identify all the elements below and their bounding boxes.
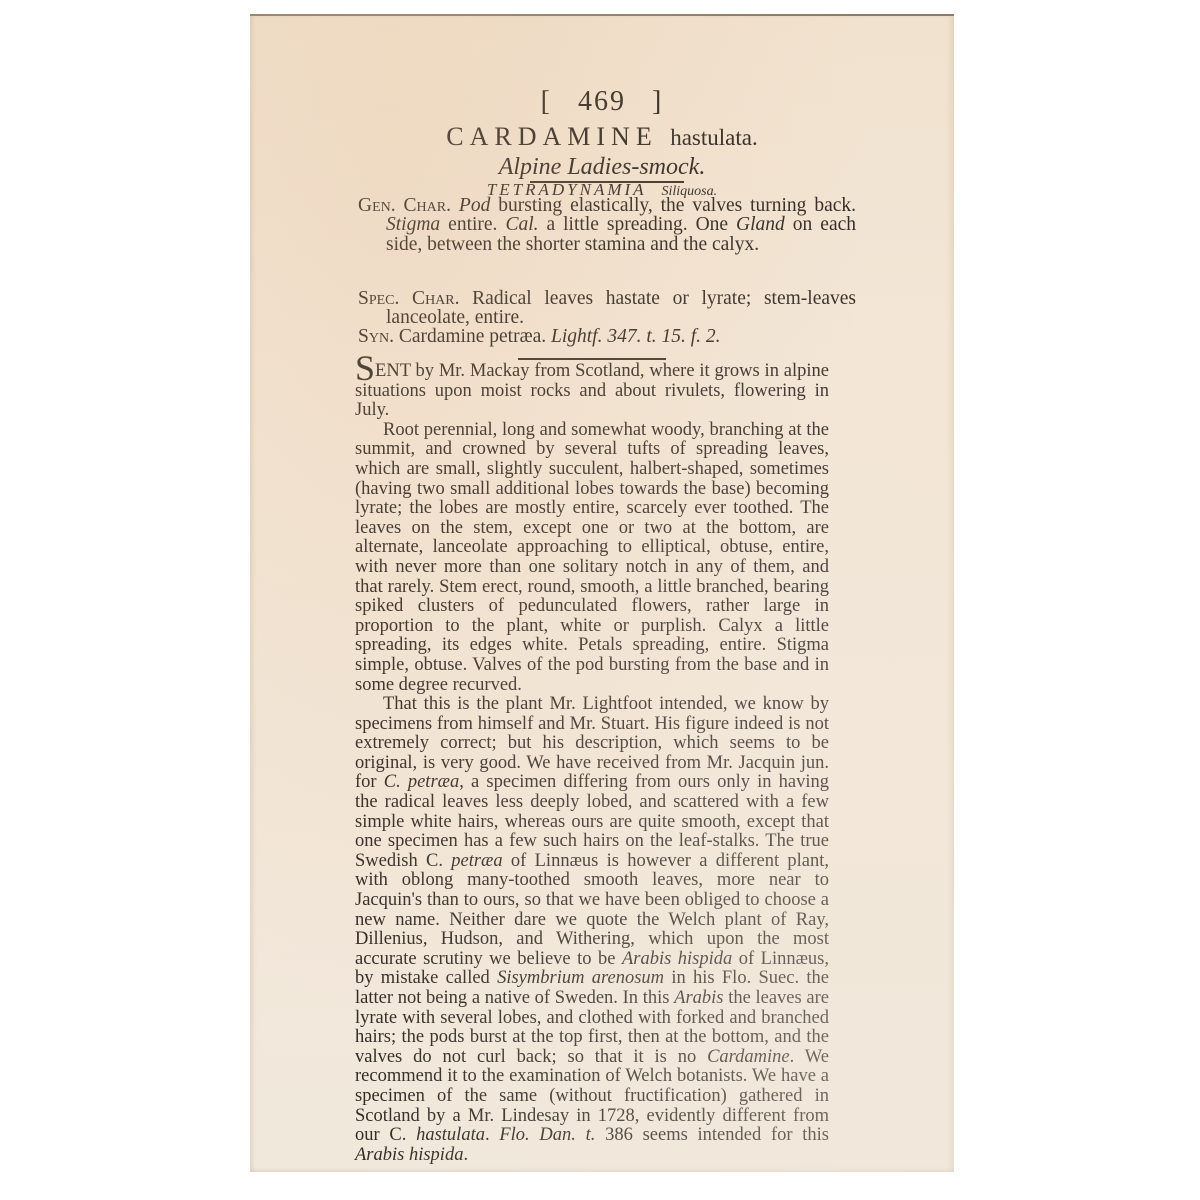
bracket-left: [: [541, 86, 552, 117]
body-text: SENT by Mr. Mackay from Scotland, where …: [355, 359, 829, 1165]
syn-reference: Lightf. 347. t. 15. f. 2.: [551, 326, 721, 347]
species-epithet: hastulata.: [670, 125, 758, 150]
synonym: Syn. Cardamine petræa. Lightf. 347. t. 1…: [358, 327, 856, 346]
paragraph-3: That this is the plant Mr. Lightfoot int…: [355, 695, 829, 1165]
paragraph-1: SENT by Mr. Mackay from Scotland, where …: [355, 359, 829, 421]
gen-char-label: Gen. Char.: [358, 195, 451, 216]
syn-text: Cardamine petræa.: [399, 326, 546, 347]
species-title: CARDAMINE hastulata.: [250, 122, 954, 152]
page-number-line: [469]: [250, 86, 954, 118]
specific-character: Spec. Char. Radical leaves hastate or ly…: [358, 289, 856, 328]
genus-name: CARDAMINE: [446, 122, 657, 151]
page-number: 469: [578, 86, 626, 117]
common-name: Alpine Ladies-smock.: [250, 154, 954, 181]
spec-char-label: Spec. Char.: [358, 288, 460, 309]
syn-label: Syn.: [358, 326, 394, 347]
gen-char-text: Pod bursting elastically, the valves tur…: [386, 195, 856, 255]
paragraph-2: Root perennial, long and somewhat woody,…: [355, 421, 829, 695]
paragraph-1-text: ENT by Mr. Mackay from Scotland, where i…: [355, 361, 829, 420]
generic-character: Gen. Char. Pod bursting elastically, the…: [358, 196, 856, 254]
bracket-right: ]: [652, 86, 663, 117]
book-page: [469] CARDAMINE hastulata. Alpine Ladies…: [250, 14, 954, 1172]
